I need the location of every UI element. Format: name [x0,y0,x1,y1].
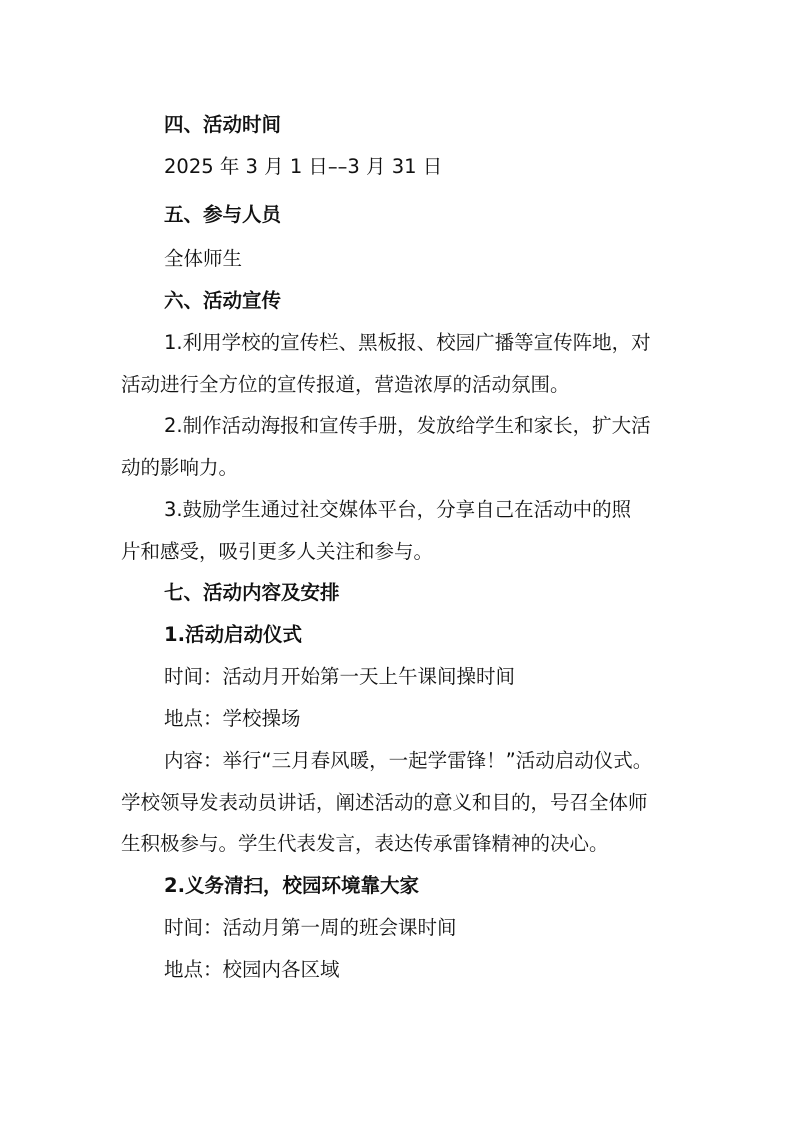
activity-date-range: 2025 年 3 月 1 日––3 月 31 日 [164,154,442,180]
publicity-item-1-line-1: 1.利用学校的宣传栏、黑板报、校园广播等宣传阵地，对 [164,330,651,356]
launch-ceremony-content-line-2: 学校领导发表动员讲话，阐述活动的意义和目的，号召全体师 [121,790,648,816]
campus-cleaning-time: 时间：活动月第一周的班会课时间 [164,915,457,941]
publicity-item-3-line-1: 3.鼓励学生通过社交媒体平台，分享自己在活动中的照 [164,497,631,523]
participants-text: 全体师生 [164,246,242,272]
launch-ceremony-content-line-3: 生积极参与。学生代表发言，表达传承雷锋精神的决心。 [121,831,609,857]
launch-ceremony-content-line-1: 内容：举行“三月春风暖，一起学雷锋！”活动启动仪式。 [164,748,652,774]
subsection-title-campus-cleaning: 2.义务清扫，校园环境靠大家 [164,873,419,899]
section-heading-participants: 五、参与人员 [164,202,281,228]
section-heading-content-arrangement: 七、活动内容及安排 [164,580,340,606]
section-heading-publicity: 六、活动宣传 [164,288,281,314]
publicity-item-1-line-2: 活动进行全方位的宣传报道，营造浓厚的活动氛围。 [121,372,570,398]
launch-ceremony-time: 时间：活动月开始第一天上午课间操时间 [164,664,515,690]
subsection-title-launch-ceremony: 1.活动启动仪式 [164,622,302,648]
publicity-item-2-line-2: 动的影响力。 [121,455,238,481]
section-heading-activity-time: 四、活动时间 [164,112,281,138]
launch-ceremony-place: 地点：学校操场 [164,706,301,732]
campus-cleaning-place: 地点：校园内各区域 [164,957,340,983]
publicity-item-3-line-2: 片和感受，吸引更多人关注和参与。 [121,539,433,565]
document-page: 四、活动时间 2025 年 3 月 1 日––3 月 31 日 五、参与人员 全… [0,0,793,1122]
publicity-item-2-line-1: 2.制作活动海报和宣传手册，发放给学生和家长，扩大活 [164,413,651,439]
